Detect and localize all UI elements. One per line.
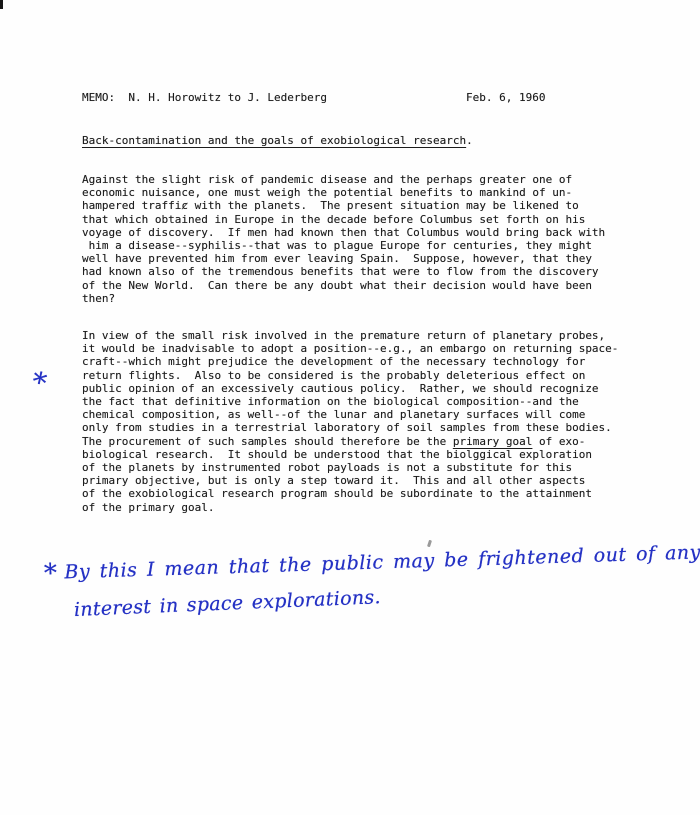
underlined-phrase-primary-goal: primary goal (453, 435, 532, 448)
memo-from-to: MEMO: N. H. Horowitz to J. Lederberg (82, 91, 327, 104)
memo-header: MEMO: N. H. Horowitz to J. Lederberg Feb… (82, 91, 642, 105)
handwritten-note-line1: *By this I mean that the public may be f… (44, 538, 700, 589)
page-title: Back-contamination and the goals of exob… (82, 134, 473, 147)
page-title-period: . (466, 134, 473, 147)
paragraph-1: Against the slight risk of pandemic dise… (82, 173, 605, 305)
memo-date: Feb. 6, 1960 (466, 91, 545, 104)
page-title-underlined: Back-contamination and the goals of exob… (82, 134, 466, 147)
handwritten-note-text1: By this I mean that the public may be fr… (64, 541, 700, 583)
handwritten-asterisk: * (44, 559, 58, 589)
paragraph-2: In view of the small risk involved in th… (82, 329, 618, 514)
handwritten-margin-asterisk: * (29, 368, 49, 398)
handwritten-note-line2: interest in space explorations. (74, 586, 382, 621)
scan-artifact-corner (0, 0, 3, 9)
memo-document: MEMO: N. H. Horowitz to J. Lederberg Feb… (0, 0, 700, 815)
paragraph-2-text-a: In view of the small risk involved in th… (82, 329, 618, 448)
